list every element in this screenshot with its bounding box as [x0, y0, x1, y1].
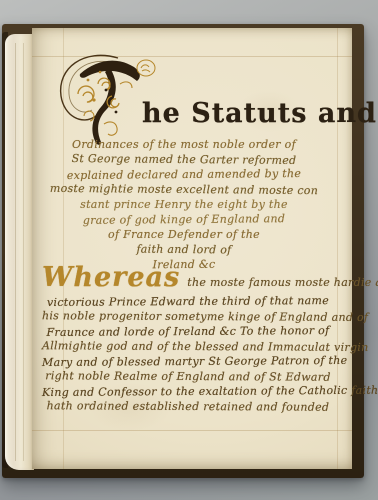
manuscript-line: Mary and of blessed martyr St George Pat…	[42, 353, 334, 370]
manuscript-line: grace of god kinge of England and	[46, 211, 322, 228]
manuscript-line: Ordinances of the most noble order of	[46, 137, 322, 152]
page-fore-edges	[5, 34, 34, 470]
manuscript-line: moste mightie moste excellent and moste …	[46, 181, 322, 198]
manuscript-line: Fraunce and lorde of Ireland &c To the h…	[42, 323, 334, 340]
whereas-paragraph: Whereas the moste famous moste hardie an…	[42, 270, 334, 414]
photograph-background: he Statuts and Ordinances of the most no…	[0, 0, 378, 500]
manuscript-line: Whereas the moste famous moste hardie an…	[42, 270, 334, 290]
manuscript-line: stant prince Henry the eight by the	[46, 197, 322, 212]
ruled-margin-bottom	[32, 430, 352, 431]
title-heading: he Statuts and	[142, 98, 377, 129]
manuscript-line-rest: the moste famous moste hardie and	[187, 275, 378, 290]
manuscript-line: of France Defender of the	[46, 227, 322, 242]
ruled-margin-right	[337, 28, 338, 469]
manuscript-page: he Statuts and Ordinances of the most no…	[32, 28, 352, 469]
manuscript-line: King and Confessor to the exaltation of …	[42, 383, 334, 400]
manuscript-line: hath ordained established retained and f…	[42, 398, 334, 415]
manuscript-book: he Statuts and Ordinances of the most no…	[2, 24, 364, 478]
manuscript-line: victorious Prince Edward the third of th…	[42, 293, 334, 310]
ordinance-paragraph: Ordinances of the most noble order of St…	[46, 137, 322, 272]
whereas-initial-word: Whereas	[42, 270, 180, 285]
